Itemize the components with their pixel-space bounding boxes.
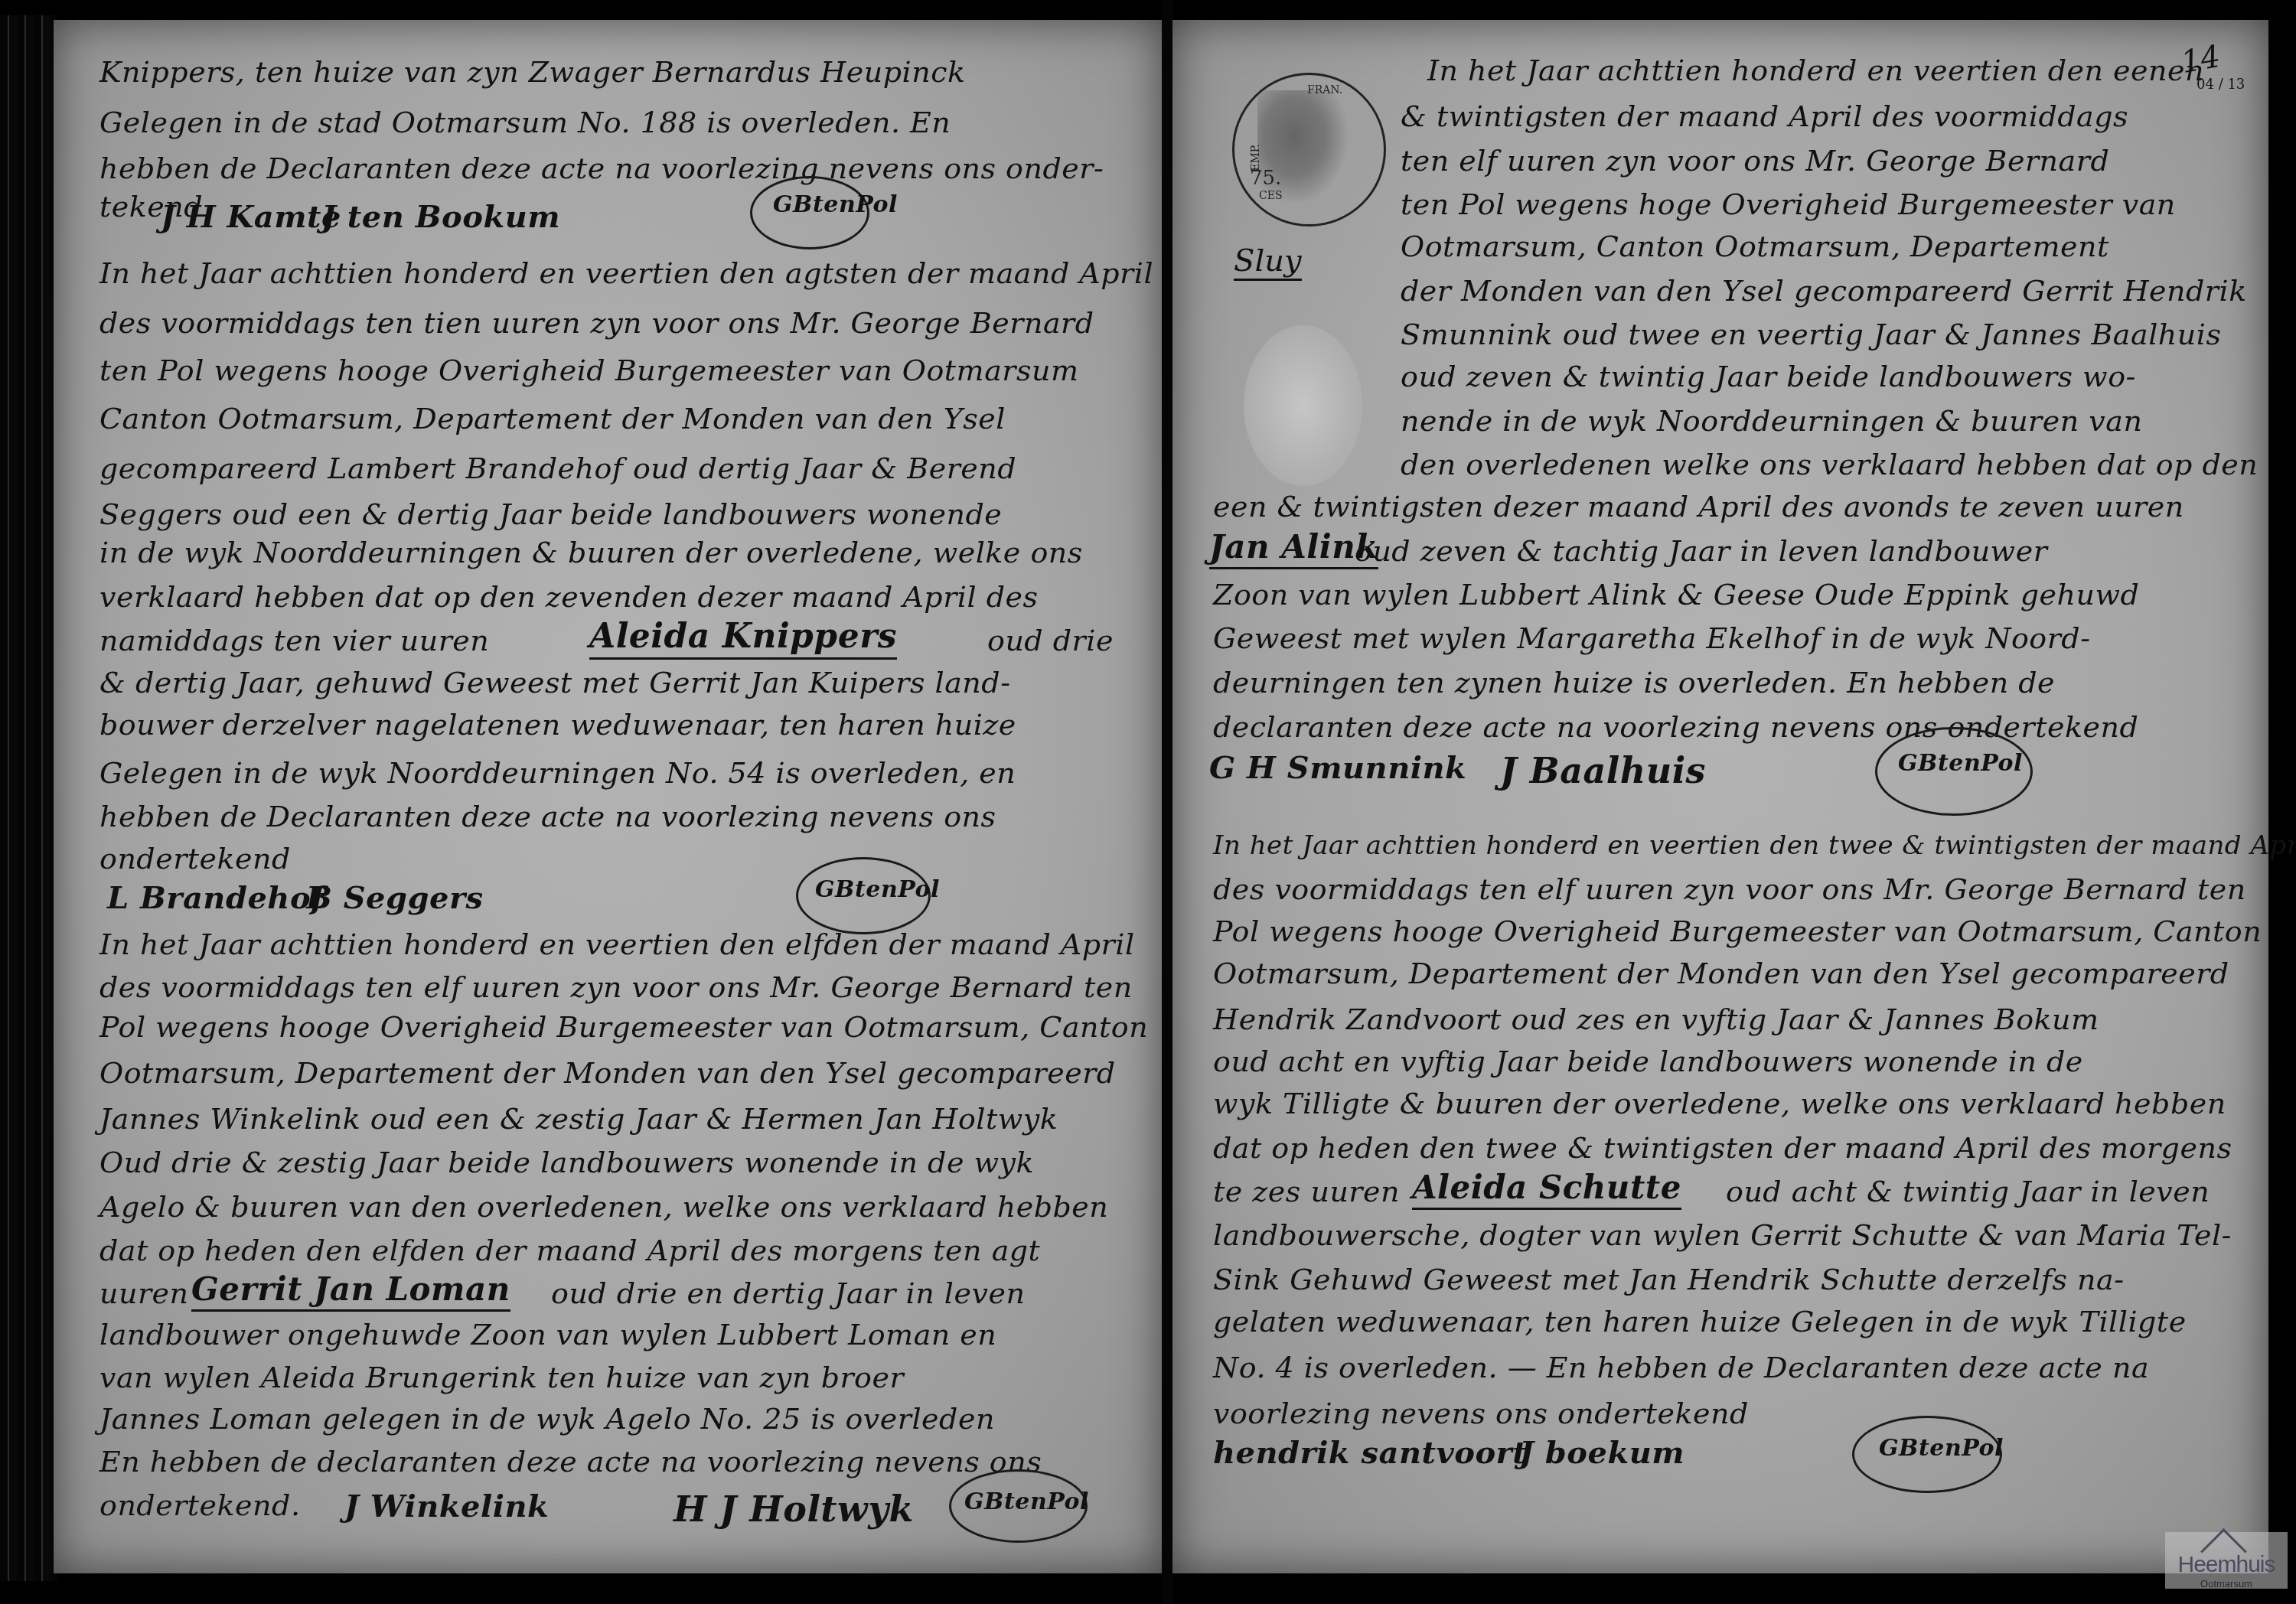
text-line: des voormiddags ten tien uuren zyn voor … [99, 306, 1094, 340]
text-line: een & twintigsten dezer maand April des … [1213, 490, 2184, 523]
text-line: in de wyk Noorddeurningen & buuren der o… [99, 536, 1083, 569]
text-line: ten Pol wegens hoge Overigheid Burgemees… [1401, 187, 2176, 221]
text-line: Oud drie & zestig Jaar beide landbouwers… [99, 1146, 1034, 1179]
stamp-unit: CES [1259, 190, 1283, 202]
watermark-brand: Heemhuis [2165, 1552, 2288, 1578]
text-line: namiddags ten vier uuren [99, 624, 489, 657]
text-line: der Monden van den Ysel gecompareerd Ger… [1401, 274, 2247, 308]
text-line: bouwer derzelver nagelatenen weduwenaar,… [99, 708, 1016, 742]
text-line: Ootmarsum, Canton Ootmarsum, Departement [1401, 230, 2109, 263]
text-line: landbouwersche, dogter van wylen Gerrit … [1213, 1218, 2232, 1252]
text-line: & dertig Jaar, gehuwd Geweest met Gerrit… [99, 666, 1010, 699]
text-line: Gelegen in de stad Ootmarsum No. 188 is … [99, 106, 951, 139]
signature: L Brandehof [107, 880, 325, 916]
stamp-text-fran: FRAN. [1307, 84, 1342, 96]
text-line: uuren [99, 1276, 189, 1310]
blind-embossed-seal [1244, 325, 1362, 486]
text-line: Ootmarsum, Departement der Monden van de… [1213, 957, 2229, 990]
text-line: dat op heden den twee & twintigsten der … [1213, 1131, 2232, 1165]
text-line: oud zeven & twintig Jaar beide landbouwe… [1401, 360, 2136, 393]
stamp-value: 75. [1250, 167, 1281, 190]
text-line: No. 4 is overleden. — En hebben de Decla… [1213, 1351, 2149, 1384]
signature: G H Smunnink [1209, 750, 1466, 786]
deceased-name: Jan Alink [1209, 528, 1378, 569]
text-line: hebben de Declaranten deze acte na voorl… [99, 152, 1104, 185]
text-line: des voormiddags ten elf uuren zyn voor o… [1213, 872, 2246, 906]
text-line: gelaten weduwenaar, ten haren huize Gele… [1213, 1305, 2187, 1338]
text-line: In het Jaar achttien honderd en veertien… [99, 928, 1135, 961]
text-line: des voormiddags ten elf uuren zyn voor o… [99, 970, 1133, 1004]
text-line: & twintigsten der maand April des voormi… [1401, 99, 2128, 133]
text-line: Gelegen in de wyk Noorddeurningen No. 54… [99, 756, 1016, 790]
signature: B Seggers [306, 880, 484, 916]
signature: hendrik santvoort [1213, 1435, 1527, 1471]
text-line: Ootmarsum, Departement der Monden van de… [99, 1056, 1116, 1090]
watermark-subtitle: Ootmarsum [2165, 1578, 2288, 1589]
text-line: Hendrik Zandvoort oud zes en vyftig Jaar… [1213, 1002, 2099, 1036]
registrar-signature: GBtenPol [815, 876, 940, 903]
text-line: oud acht & twintig Jaar in leven [1726, 1175, 2210, 1208]
text-line: Agelo & buuren van den overledenen, welk… [99, 1190, 1108, 1224]
text-line: verklaard hebben dat op den zevenden dez… [99, 580, 1039, 614]
registrar-signature: GBtenPol [964, 1488, 1089, 1515]
text-line: oud acht en vyftig Jaar beide landbouwer… [1213, 1045, 2083, 1078]
text-line: wyk Tilligte & buuren der overledene, we… [1213, 1087, 2226, 1120]
text-line: den overledenen welke ons verklaard hebb… [1401, 448, 2258, 481]
text-line: Pol wegens hooge Overigheid Burgemeester… [99, 1010, 1148, 1044]
signature: J Winkelink [344, 1488, 549, 1524]
text-line: voorlezing nevens ons ondertekend [1213, 1397, 1749, 1430]
signature: J boekum [1519, 1435, 1684, 1471]
text-line: In het Jaar achttien honderd en veertien… [99, 256, 1153, 290]
text-line: Knippers, ten huize van zyn Zwager Berna… [99, 55, 965, 89]
text-line: En hebben de declaranten deze acte na vo… [99, 1445, 1042, 1478]
text-line: nende in de wyk Noorddeurningen & buuren… [1401, 404, 2142, 438]
text-line: hebben de Declaranten deze acte na voorl… [99, 800, 996, 833]
text-line: oud zeven & tachtig Jaar in leven landbo… [1355, 534, 2047, 568]
text-line: Smunnink oud twee en veertig Jaar & Jann… [1401, 318, 2221, 351]
text-line: Canton Ootmarsum, Departement der Monden… [99, 402, 1006, 435]
text-line: Sink Gehuwd Geweest met Jan Hendrik Schu… [1213, 1263, 2124, 1296]
signature: J Baalhuis [1500, 750, 1706, 791]
signature: J H Kamte [161, 199, 341, 235]
text-line: te zes uuren [1213, 1175, 1400, 1208]
text-line: Zoon van wylen Lubbert Alink & Geese Oud… [1213, 578, 2139, 611]
text-line: In het Jaar achttien honderd en veertien… [1213, 830, 2296, 861]
signature: H J Holtwyk [673, 1488, 914, 1530]
deceased-name: Gerrit Jan Loman [191, 1270, 510, 1312]
text-line: Geweest met wylen Margaretha Ekelhof in … [1213, 621, 2091, 655]
text-line: oud drie [987, 624, 1114, 657]
text-line: deurningen ten zynen huize is overleden.… [1213, 666, 2055, 699]
text-line: van wylen Aleida Brungerink ten huize va… [99, 1361, 904, 1394]
registrar-signature: GBtenPol [1898, 750, 2023, 777]
tax-stamp: FRAN. EMP. 75. CES [1232, 73, 1386, 227]
text-line: ten Pol wegens hooge Overigheid Burgemee… [99, 354, 1078, 387]
text-line: ten elf uuren zyn voor ons Mr. George Be… [1401, 144, 2109, 178]
text-line: Jannes Loman gelegen in de wyk Agelo No.… [99, 1402, 995, 1436]
registrar-signature: GBtenPol [1879, 1435, 2004, 1462]
text-line: Jannes Winkelink oud een & zestig Jaar &… [99, 1102, 1058, 1136]
margin-note: Sluy [1234, 243, 1302, 281]
text-line: Pol wegens hooge Overigheid Burgemeester… [1213, 914, 2262, 948]
book-edge-left [0, 15, 57, 1581]
text-line: oud drie en dertig Jaar in leven [551, 1276, 1025, 1310]
text-line: ondertekend. [99, 1488, 300, 1522]
text-line: ondertekend [99, 842, 291, 875]
text-line: In het Jaar achttien honderd en veertien… [1427, 54, 2204, 87]
text-line: dat op heden den elfden der maand April … [99, 1234, 1040, 1267]
text-line: gecompareerd Lambert Brandehof oud derti… [99, 452, 1016, 485]
registrar-signature: GBtenPol [773, 191, 898, 218]
deceased-name: Aleida Knippers [589, 617, 897, 660]
heemhuis-watermark-logo: Heemhuis Ootmarsum [2165, 1532, 2288, 1589]
signature: J ten Bookum [321, 199, 560, 235]
deceased-name: Aleida Schutte [1412, 1169, 1681, 1210]
text-line: Seggers oud een & dertig Jaar beide land… [99, 497, 1002, 531]
text-line: landbouwer ongehuwde Zoon van wylen Lubb… [99, 1318, 996, 1351]
